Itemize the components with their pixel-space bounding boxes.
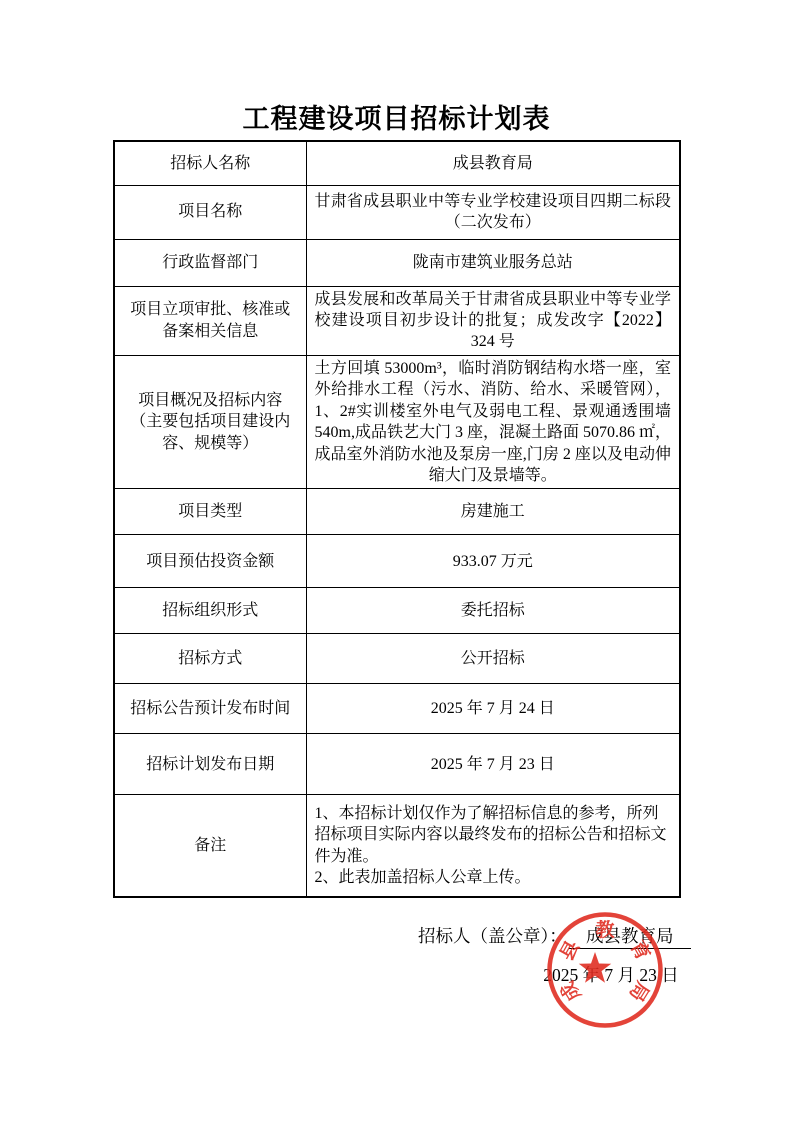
table-row: 行政监督部门 陇南市建筑业服务总站 (114, 239, 680, 286)
row-value-remarks: 1、本招标计划仅作为了解招标信息的参考，所列招标项目实际内容以最终发布的招标公告… (306, 795, 680, 897)
row-label-bidding-method: 招标方式 (114, 634, 306, 684)
table-row: 招标方式 公开招标 (114, 634, 680, 684)
row-label-approval-info: 项目立项审批、核准或备案相关信息 (114, 286, 306, 355)
row-value-organization-form: 委托招标 (306, 588, 680, 634)
table-row: 备注 1、本招标计划仅作为了解招标信息的参考，所列招标项目实际内容以最终发布的招… (114, 795, 680, 897)
row-value-approval-info: 成县发展和改革局关于甘肃省成县职业中等专业学校建设项目初步设计的批复；成发改字【… (306, 286, 680, 355)
row-label-plan-publish-date: 招标计划发布日期 (114, 734, 306, 795)
row-label-estimated-investment: 项目预估投资金额 (114, 535, 306, 588)
remark-line-2: 2、此表加盖招标人公章上传。 (315, 867, 672, 888)
bidding-plan-table: 招标人名称 成县教育局 项目名称 甘肃省成县职业中等专业学校建设项目四期二标段（… (113, 140, 681, 898)
signer-name: 成县教育局 (569, 923, 691, 949)
row-value-bidder-name: 成县教育局 (306, 141, 680, 185)
document-page: { "page": { "title": "工程建设项目招标计划表" }, "t… (0, 0, 793, 1122)
row-value-estimated-investment: 933.07 万元 (306, 535, 680, 588)
row-label-supervision-dept: 行政监督部门 (114, 239, 306, 286)
table-row: 招标公告预计发布时间 2025 年 7 月 24 日 (114, 684, 680, 734)
remark-line-1: 1、本招标计划仅作为了解招标信息的参考，所列招标项目实际内容以最终发布的招标公告… (315, 803, 672, 867)
table-row: 项目概况及招标内容（主要包括项目建设内容、规模等） 土方回填 53000m³，临… (114, 355, 680, 489)
table-row: 项目名称 甘肃省成县职业中等专业学校建设项目四期二标段（二次发布） (114, 185, 680, 239)
signature-line: 招标人（盖公章）：成县教育局 (418, 923, 691, 949)
table-row: 项目立项审批、核准或备案相关信息 成县发展和改革局关于甘肃省成县职业中等专业学校… (114, 286, 680, 355)
table-row: 招标计划发布日期 2025 年 7 月 23 日 (114, 734, 680, 795)
row-value-supervision-dept: 陇南市建筑业服务总站 (306, 239, 680, 286)
row-label-remarks: 备注 (114, 795, 306, 897)
row-value-project-overview: 土方回填 53000m³，临时消防钢结构水塔一座，室外给排水工程（污水、消防、给… (306, 355, 680, 489)
signature-date: 2025 年 7 月 23 日 (543, 962, 679, 987)
signature-label: 招标人（盖公章）： (418, 926, 567, 946)
row-label-project-overview: 项目概况及招标内容（主要包括项目建设内容、规模等） (114, 355, 306, 489)
row-label-announcement-date: 招标公告预计发布时间 (114, 684, 306, 734)
row-label-organization-form: 招标组织形式 (114, 588, 306, 634)
table-row: 项目类型 房建施工 (114, 489, 680, 535)
page-title: 工程建设项目招标计划表 (0, 97, 793, 136)
row-value-announcement-date: 2025 年 7 月 24 日 (306, 684, 680, 734)
row-value-plan-publish-date: 2025 年 7 月 23 日 (306, 734, 680, 795)
row-value-project-name: 甘肃省成县职业中等专业学校建设项目四期二标段（二次发布） (306, 185, 680, 239)
row-value-project-type: 房建施工 (306, 489, 680, 535)
table-row: 招标组织形式 委托招标 (114, 588, 680, 634)
table-row: 项目预估投资金额 933.07 万元 (114, 535, 680, 588)
row-label-project-name: 项目名称 (114, 185, 306, 239)
row-value-bidding-method: 公开招标 (306, 634, 680, 684)
row-label-project-type: 项目类型 (114, 489, 306, 535)
row-label-bidder-name: 招标人名称 (114, 141, 306, 185)
table-row: 招标人名称 成县教育局 (114, 141, 680, 185)
